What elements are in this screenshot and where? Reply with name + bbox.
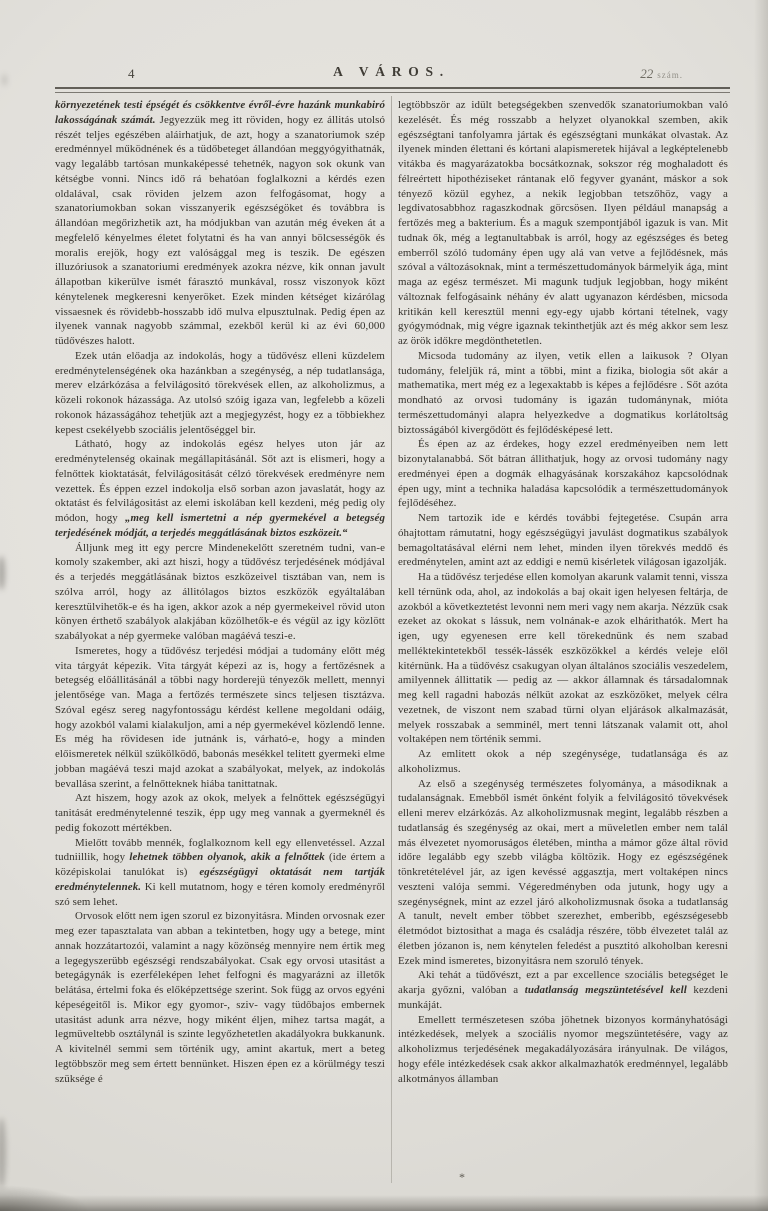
paragraph: Micsoda tudomány az ilyen, vetik ellen a… [398, 349, 728, 438]
scan-smudge [0, 556, 5, 590]
text-run: Álljunk meg itt egy percre Mindenekelőtt… [55, 542, 385, 643]
text-run: legtöbbször az idült betegségekben szenv… [398, 99, 728, 347]
paragraph: környezetének testi épségét és csökkentv… [55, 98, 385, 349]
text-run: Az emlitett okok a nép szegénysége, tuda… [398, 748, 728, 775]
page-header: 4 A VÁROS. 22 szám. [55, 63, 728, 85]
paragraph: legtöbbször az idült betegségekben szenv… [398, 98, 728, 349]
column-divider-rule [391, 96, 392, 1183]
paragraph: Ezek után előadja az indokolás, hogy a t… [55, 349, 385, 438]
text-run: És épen az az érdekes, hogy ezzel eredmé… [398, 438, 728, 509]
paragraph: Aki tehát a tüdővészt, ezt a par excelle… [398, 968, 728, 1012]
paragraph: Ha a tüdővész terjedése ellen komolyan a… [398, 570, 728, 747]
paragraph: Ismeretes, hogy a tüdővész terjedési mód… [55, 644, 385, 792]
text-column-left: környezetének testi épségét és csökkentv… [55, 98, 385, 1086]
emphasized-text-run: lehetnek többen olyanok, akik a felnőtte… [129, 851, 329, 863]
paragraph: Az emlitett okok a nép szegénysége, tuda… [398, 747, 728, 777]
text-run: Azt hiszem, hogy azok az okok, melyek a … [55, 792, 385, 834]
text-run: Jegyezzük meg itt röviden, hogy ez állit… [55, 114, 385, 347]
text-run: Micsoda tudomány az ilyen, vetik ellen a… [398, 350, 728, 436]
text-run: Orvosok előtt nem igen szorul ez bizonyi… [55, 910, 385, 1084]
paragraph: Látható, hogy az indokolás egész helyes … [55, 437, 385, 540]
issue-number-label: szám. [657, 70, 683, 80]
paragraph: Azt hiszem, hogy azok az okok, melyek a … [55, 791, 385, 835]
text-run: Ha a tüdővész terjedése ellen komolyan a… [398, 571, 728, 745]
paragraph: És épen az az érdekes, hogy ezzel eredmé… [398, 437, 728, 511]
issue-number: 22 szám. [640, 65, 683, 83]
journal-title: A VÁROS. [55, 64, 728, 80]
text-run: Nem tartozik ide e kérdés további fejteg… [398, 512, 728, 568]
paragraph: Emellett természetesen szóba jöhetnek bi… [398, 1013, 728, 1087]
paragraph: Az első a szegénység természetes folyomá… [398, 777, 728, 969]
header-rule [55, 87, 730, 93]
issue-number-value: 22 [640, 66, 653, 81]
text-column-right: legtöbbször az idült betegségekben szenv… [398, 98, 728, 1086]
text-run: Ezek után előadja az indokolás, hogy a t… [55, 350, 385, 436]
scan-edge-shade [754, 0, 768, 1211]
text-run: Az első a szegénység természetes folyomá… [398, 778, 728, 967]
scan-bottom-edge [0, 1195, 768, 1211]
paragraph: Mielőtt tovább mennék, foglalkoznom kell… [55, 836, 385, 910]
text-run: Emellett természetesen szóba jöhetnek bi… [398, 1014, 728, 1085]
text-run: Ismeretes, hogy a tüdővész terjedési mód… [55, 645, 385, 790]
scan-smudge [0, 1118, 6, 1188]
footer-asterisk-mark: * [459, 1170, 465, 1185]
scan-smudge [2, 74, 7, 86]
newspaper-page: 4 A VÁROS. 22 szám. környezetének testi … [0, 0, 768, 1211]
paragraph: Orvosok előtt nem igen szorul ez bizonyi… [55, 909, 385, 1086]
paragraph: Álljunk meg itt egy percre Mindenekelőtt… [55, 541, 385, 644]
emphasized-text-run: tudatlanság megszüntetésével kell [525, 984, 687, 996]
paragraph: Nem tartozik ide e kérdés további fejteg… [398, 511, 728, 570]
